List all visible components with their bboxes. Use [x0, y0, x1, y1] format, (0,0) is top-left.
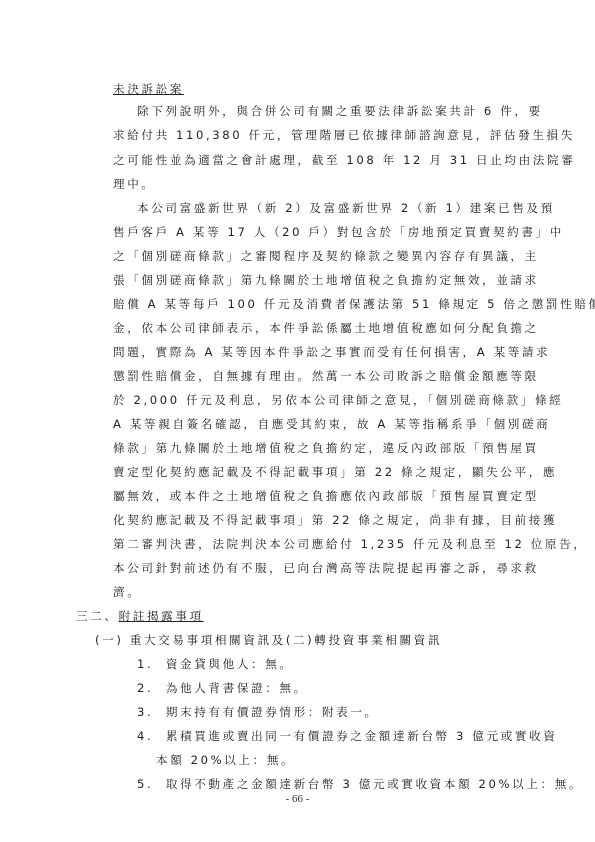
paragraph-2-line-13: 屬無效，或本件之土地增值稅之負擔應依內政部版「預售屋買賣定型: [113, 489, 539, 503]
list-item-text: 期末持有有價證券情形：附表一。: [166, 705, 379, 719]
paragraph-2-line-7: 問題，實際為 A 某等因本件爭訟之事實而受有任何損害，A 某等請求: [113, 345, 550, 359]
list-item-number: 3.: [137, 705, 153, 719]
section-32-heading: 三二、附註揭露事項: [76, 609, 204, 623]
list-item-text: 為他人背書保證：無。: [166, 681, 308, 695]
paragraph-2-line-1: 本公司富盛新世界（新 2）及富盛新世界 2（新 1）建案已售及預: [137, 201, 555, 215]
subsection-1-heading: (一) 重大交易事項相關資訊及(二)轉投資事業相關資訊: [95, 633, 442, 647]
paragraph-2-line-2: 售戶客戶 A 某等 17 人（20 戶）對包含於「房地預定買賣契約書」中: [113, 225, 564, 239]
list-item-number: 4.: [137, 729, 153, 743]
paragraph-1-line-4: 理中。: [113, 177, 156, 191]
section-32-number: 三二、: [76, 609, 119, 623]
list-item-text: 資金貸與他人：無。: [166, 657, 294, 671]
document-page: 未決訴訟案 除下列說明外，與合併公司有關之重要法律訴訟案共計 6 件，要 求給付…: [0, 0, 595, 842]
section-heading-pending-litigation: 未決訴訟案: [113, 82, 184, 96]
paragraph-2-line-6: 金，依本公司律師表示，本件爭訟係屬土地增值稅應如何分配負擔之: [113, 321, 539, 335]
list-item-4-continuation: 本額 20%以上：無。: [156, 753, 295, 767]
list-item-1: 1. 資金貸與他人：無。: [137, 657, 294, 671]
paragraph-1-line-1: 除下列說明外，與合併公司有關之重要法律訴訟案共計 6 件，要: [137, 104, 543, 118]
paragraph-2-line-14: 化契約應記載及不得記載事項」第 22 條之規定，尚非有據，目前接獲: [113, 513, 557, 527]
paragraph-2-line-5: 賠償 A 某等每戶 100 仟元及消費者保護法第 51 條規定 5 倍之懲罰性賠…: [113, 297, 595, 311]
paragraph-2-line-17: 濟。: [113, 585, 141, 599]
paragraph-1-line-2: 求給付共 110,380 仟元，管理階層已依據律師諮詢意見，評估發生損失: [113, 128, 575, 142]
page-number: - 66 -: [0, 793, 595, 805]
paragraph-2-line-8: 懲罰性賠償金，自無據有理由。然萬一本公司敗訴之賠償金額應等限: [113, 369, 539, 383]
paragraph-2-line-11: 條款」第九條關於土地增值稅之負擔約定，違反內政部版「預售屋買: [113, 441, 539, 455]
list-item-text: 取得不動產之金額達新台幣 3 億元或實收資本額 20%以上：無。: [166, 777, 583, 791]
paragraph-2-line-12: 賣定型化契約應記載及不得記載事項」第 22 條之規定，顯失公平，應: [113, 465, 557, 479]
list-item-2: 2. 為他人背書保證：無。: [137, 681, 308, 695]
paragraph-2-line-3: 之「個別磋商條款」之審閱程序及契約條款之變異內容存有異議，主: [113, 249, 539, 263]
list-item-4: 4. 累積買進或賣出同一有價證券之金額達新台幣 3 億元或實收資: [137, 729, 557, 743]
list-item-number: 1.: [137, 657, 153, 671]
paragraph-1-line-3: 之可能性並為適當之會計處理，截至 108 年 12 月 31 日止均由法院審: [113, 153, 575, 167]
list-item-3: 3. 期末持有有價證券情形：附表一。: [137, 705, 379, 719]
list-item-number: 2.: [137, 681, 153, 695]
paragraph-2-line-4: 張「個別磋商條款」第九條關於土地增值稅之負擔約定無效，並請求: [113, 273, 539, 287]
paragraph-2-line-15: 第二審判決書，法院判決本公司應給付 1,235 仟元及利息至 12 位原告，: [113, 537, 588, 551]
section-32-title: 附註揭露事項: [119, 609, 204, 623]
paragraph-2-line-16: 本公司針對前述仍有不服，已向台灣高等法院提起再審之訴，尋求救: [113, 561, 539, 575]
paragraph-2-line-10: A 某等親自簽名確認，自應受其約束，故 A 某等指稱系爭「個別磋商: [113, 417, 550, 431]
paragraph-2-line-9: 於 2,000 仟元及利息，另依本公司律師之意見，「個別磋商條款」條經: [113, 393, 563, 407]
list-item-5: 5. 取得不動產之金額達新台幣 3 億元或實收資本額 20%以上：無。: [137, 777, 583, 791]
list-item-number: 5.: [137, 777, 153, 791]
list-item-text: 累積買進或賣出同一有價證券之金額達新台幣 3 億元或實收資: [166, 729, 558, 743]
